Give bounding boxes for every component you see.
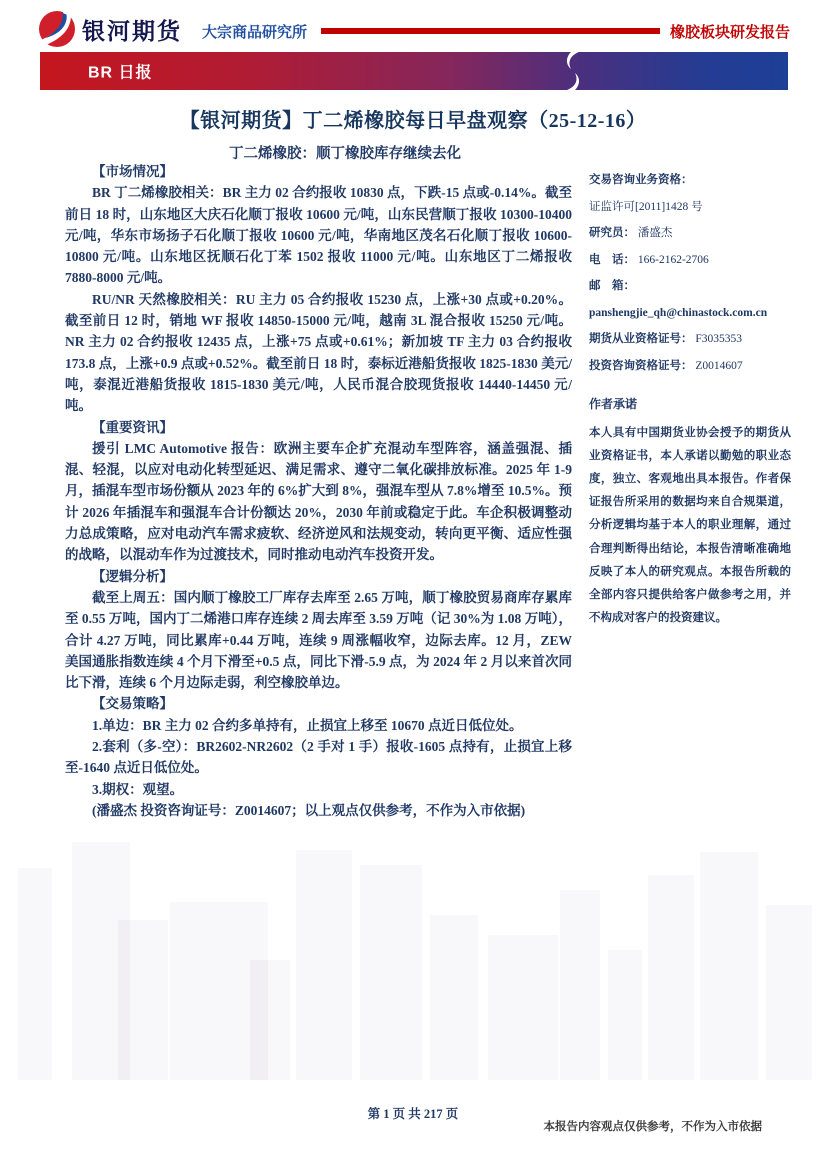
banner-label: BR 日报: [88, 60, 153, 83]
futures-cert-row: 期货从业资格证号： F3035353: [589, 332, 791, 346]
researcher-row: 研究员： 潘盛杰: [589, 226, 791, 240]
paragraph-logic: 截至上周五：国内顺丁橡胶工厂库存去库至 2.65 万吨，顺丁橡胶贸易商库存累库至…: [65, 587, 572, 693]
header-divider-line: [321, 28, 660, 34]
section-heading-logic: 【逻辑分析】: [65, 566, 572, 587]
qualification-label: 交易咨询业务资格：: [589, 174, 693, 186]
analyst-signature: (潘盛杰 投资咨询证号：Z0014607；以上观点仅供参考，不作为入市依据): [65, 800, 572, 821]
report-page: 银河期货 大宗商品研究所 橡胶板块研发报告 BR 日报 【银河期货】丁二烯橡胶每…: [0, 0, 826, 1169]
page-title: 【银河期货】丁二烯橡胶每日早盘观察（25-12-16）: [0, 104, 826, 133]
email-value-row: panshengjie_qh@chinastock.com.cn: [589, 306, 791, 320]
phone-row: 电 话： 166-2162-2706: [589, 253, 791, 267]
email-label: 邮 箱：: [589, 280, 635, 292]
report-body: 【市场情况】 BR 丁二烯橡胶相关：BR 主力 02 合约报收 10830 点，…: [65, 161, 572, 821]
header: 银河期货 大宗商品研究所 橡胶板块研发报告: [38, 9, 790, 49]
author-promise-heading: 作者承诺: [589, 395, 791, 412]
researcher-value: 潘盛杰: [638, 227, 673, 239]
galaxy-logo-icon: [38, 10, 76, 48]
report-type-banner: BR 日报: [40, 52, 788, 90]
paragraph-news: 援引 LMC Automotive 报告：欧洲主要车企扩充混动车型阵容，涵盖强混…: [65, 438, 572, 566]
page-subtitle: 丁二烯橡胶：顺丁橡胶库存继续去化: [65, 142, 625, 163]
galaxy-swoosh-icon: [558, 47, 588, 95]
strategy-item-options: 3.期权：观望。: [65, 779, 572, 800]
qualification-value: 证监许可[2011]1428 号: [589, 201, 703, 213]
institute-name: 大宗商品研究所: [202, 21, 307, 42]
phone-value: 166-2162-2706: [638, 254, 709, 266]
report-tag: 橡胶板块研发报告: [670, 21, 790, 42]
futures-cert-value: F3035353: [695, 333, 742, 345]
analyst-sidebar: 交易咨询业务资格： 证监许可[2011]1428 号 研究员： 潘盛杰 电 话：…: [589, 173, 791, 630]
advisory-cert-label: 投资咨询资格证号：: [589, 360, 693, 372]
qualification-value-row: 证监许可[2011]1428 号: [589, 200, 791, 214]
section-heading-market: 【市场情况】: [65, 161, 572, 182]
advisory-cert-value: Z0014607: [695, 360, 742, 372]
skyline-watermark: [0, 830, 826, 1080]
paragraph-market-ru-nr: RU/NR 天然橡胶相关：RU 主力 05 合约报收 15230 点，上涨+30…: [65, 289, 572, 417]
strategy-item-arbitrage: 2.套利（多-空）：BR2602-NR2602（2 手对 1 手）报收-1605…: [65, 736, 572, 779]
strategy-item-unilateral: 1.单边：BR 主力 02 合约多单持有，止损宜上移至 10670 点近日低位处…: [65, 715, 572, 736]
email-value: panshengjie_qh@chinastock.com.cn: [589, 307, 767, 319]
qualification-row: 交易咨询业务资格：: [589, 173, 791, 187]
section-heading-strategy: 【交易策略】: [65, 693, 572, 714]
footer-disclaimer: 本报告内容观点仅供参考，不作为入市依据: [544, 1118, 763, 1134]
researcher-label: 研究员：: [589, 227, 635, 239]
paragraph-market-br: BR 丁二烯橡胶相关：BR 主力 02 合约报收 10830 点，下跌-15 点…: [65, 182, 572, 288]
email-label-row: 邮 箱：: [589, 279, 791, 293]
brand-name: 银河期货: [82, 13, 182, 46]
futures-cert-label: 期货从业资格证号：: [589, 333, 693, 345]
advisory-cert-row: 投资咨询资格证号： Z0014607: [589, 359, 791, 373]
author-promise-text: 本人具有中国期货业协会授予的期货从业资格证书，本人承诺以勤勉的职业态度，独立、客…: [589, 422, 791, 631]
phone-label: 电 话：: [589, 254, 635, 266]
section-heading-news: 【重要资讯】: [65, 417, 572, 438]
